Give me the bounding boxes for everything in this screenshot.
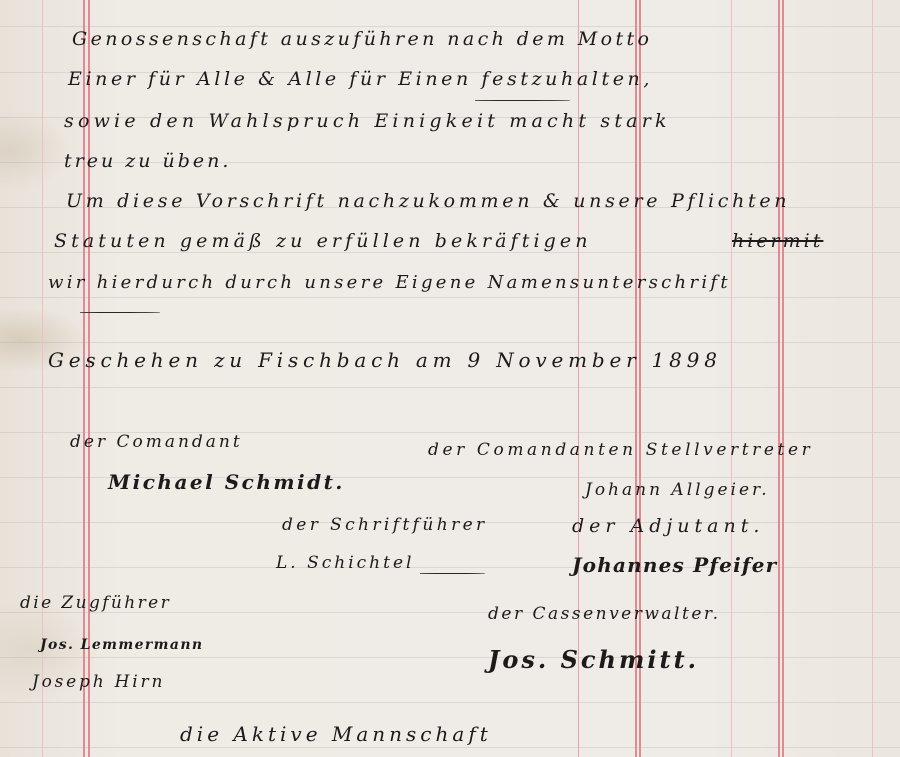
platoon-leaders-title: die Zugführer — [20, 593, 171, 613]
secretary-title: der Schriftführer — [282, 515, 488, 535]
body-line-1: Genossenschaft auszuführen nach dem Mott… — [72, 28, 652, 50]
treasurer-title: der Cassenverwalter. — [488, 604, 721, 624]
flourish-mark — [80, 312, 160, 313]
ruled-line — [0, 252, 900, 253]
date-line: Geschehen zu Fischbach am 9 November 189… — [48, 348, 722, 372]
ruled-line — [0, 297, 900, 298]
body-line-5: Um diese Vorschrift nachzukommen & unser… — [66, 190, 790, 212]
ruled-line — [0, 387, 900, 388]
ledger-page: Genossenschaft auszuführen nach dem Mott… — [0, 0, 900, 757]
platoon-leader-signature-1: Jos. Lemmermann — [40, 637, 204, 653]
active-crew-title: die Aktive Mannschaft — [180, 722, 492, 746]
body-line-3: sowie den Wahlspruch Einigkeit macht sta… — [64, 110, 671, 132]
commandant-title: der Comandant — [70, 432, 243, 452]
commandant-signature: Michael Schmidt. — [108, 470, 345, 494]
ruled-line — [0, 26, 900, 27]
column-rule — [872, 0, 873, 757]
vice-commandant-title: der Comandanten Stellvertreter — [428, 440, 813, 460]
body-line-7: wir hierdurch durch unsere Eigene Namens… — [48, 272, 731, 293]
ruled-line — [0, 702, 900, 703]
treasurer-signature: Jos. Schmitt. — [488, 645, 699, 674]
body-line-6: Statuten gemäß zu erfüllen bekräftigen — [54, 230, 592, 252]
adjutant-signature: Johannes Pfeifer — [572, 553, 777, 577]
ruled-line — [0, 657, 900, 658]
column-rule — [731, 0, 732, 757]
column-rule — [782, 0, 784, 757]
struck-word: hiermit — [732, 230, 823, 252]
ruled-line — [0, 747, 900, 748]
column-rule — [778, 0, 780, 757]
vice-commandant-signature: Johann Allgeier. — [585, 480, 770, 500]
signature-underline — [420, 573, 485, 574]
platoon-leader-signature-2: Joseph Hirn — [32, 672, 165, 692]
secretary-signature: L. Schichtel — [276, 553, 414, 573]
body-line-4: treu zu üben. — [64, 150, 231, 172]
body-line-2: Einer für Alle & Alle für Einen festzuha… — [68, 68, 653, 90]
underline-mark — [475, 100, 570, 101]
adjutant-title: der Adjutant. — [572, 515, 764, 537]
ruled-line — [0, 342, 900, 343]
